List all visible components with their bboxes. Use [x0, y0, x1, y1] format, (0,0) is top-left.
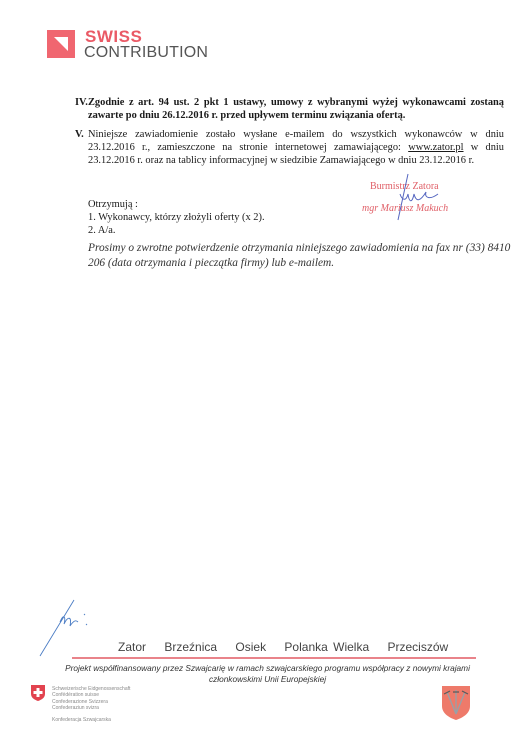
swiss-confederation-names: Schweizerische Eidgenossenschaft Confédé… — [52, 686, 130, 723]
section-iv: IV. Zgodnie z art. 94 ust. 2 pkt 1 ustaw… — [88, 96, 504, 122]
confirmation-note: Prosimy o zwrotne potwierdzenie otrzyman… — [88, 241, 518, 271]
logo-text-contribution: CONTRIBUTION — [84, 44, 208, 62]
confederation-name-pl: Konfederacja Szwajcarska — [52, 717, 130, 723]
partner-towns: Zator Brzeźnica Osiek Polanka Wielka Prz… — [118, 640, 461, 654]
recipients-heading: Otrzymują : — [88, 198, 265, 211]
funding-line-1: Projekt współfinansowany przez Szwajcari… — [60, 663, 475, 674]
section-v: V. Niniejsze zawiadomienie zostało wysła… — [88, 128, 504, 167]
section-iv-number: IV. — [75, 96, 88, 109]
recipient-item: 1. Wykonawcy, którzy złożyli oferty (x 2… — [88, 211, 265, 224]
confederation-name-rm: Confederaziun svizra — [52, 705, 130, 711]
funding-statement: Projekt współfinansowany przez Szwajcari… — [60, 663, 475, 685]
recipients-block: Otrzymują : 1. Wykonawcy, którzy złożyli… — [88, 198, 265, 237]
town-polanka-wielka: Polanka Wielka — [284, 640, 369, 654]
town-brzeznica: Brzeźnica — [164, 640, 217, 654]
recipient-item: 2. A/a. — [88, 224, 265, 237]
footer-signature-icon — [38, 598, 98, 663]
funding-line-2: członkowskimi Unii Europejskiej — [60, 674, 475, 685]
coat-of-arms-icon — [442, 686, 470, 725]
footer-divider — [72, 657, 476, 659]
swiss-contribution-logo-icon — [47, 30, 75, 58]
zator-website-link[interactable]: www.zator.pl — [408, 142, 463, 153]
swiss-flag-icon — [31, 685, 45, 701]
town-osiek: Osiek — [235, 640, 266, 654]
mayor-signature-icon — [380, 172, 450, 227]
town-przeciszow: Przeciszów — [387, 640, 448, 654]
town-zator: Zator — [118, 640, 146, 654]
section-iv-text: Zgodnie z art. 94 ust. 2 pkt 1 ustawy, u… — [88, 97, 504, 121]
section-v-number: V. — [75, 128, 84, 141]
